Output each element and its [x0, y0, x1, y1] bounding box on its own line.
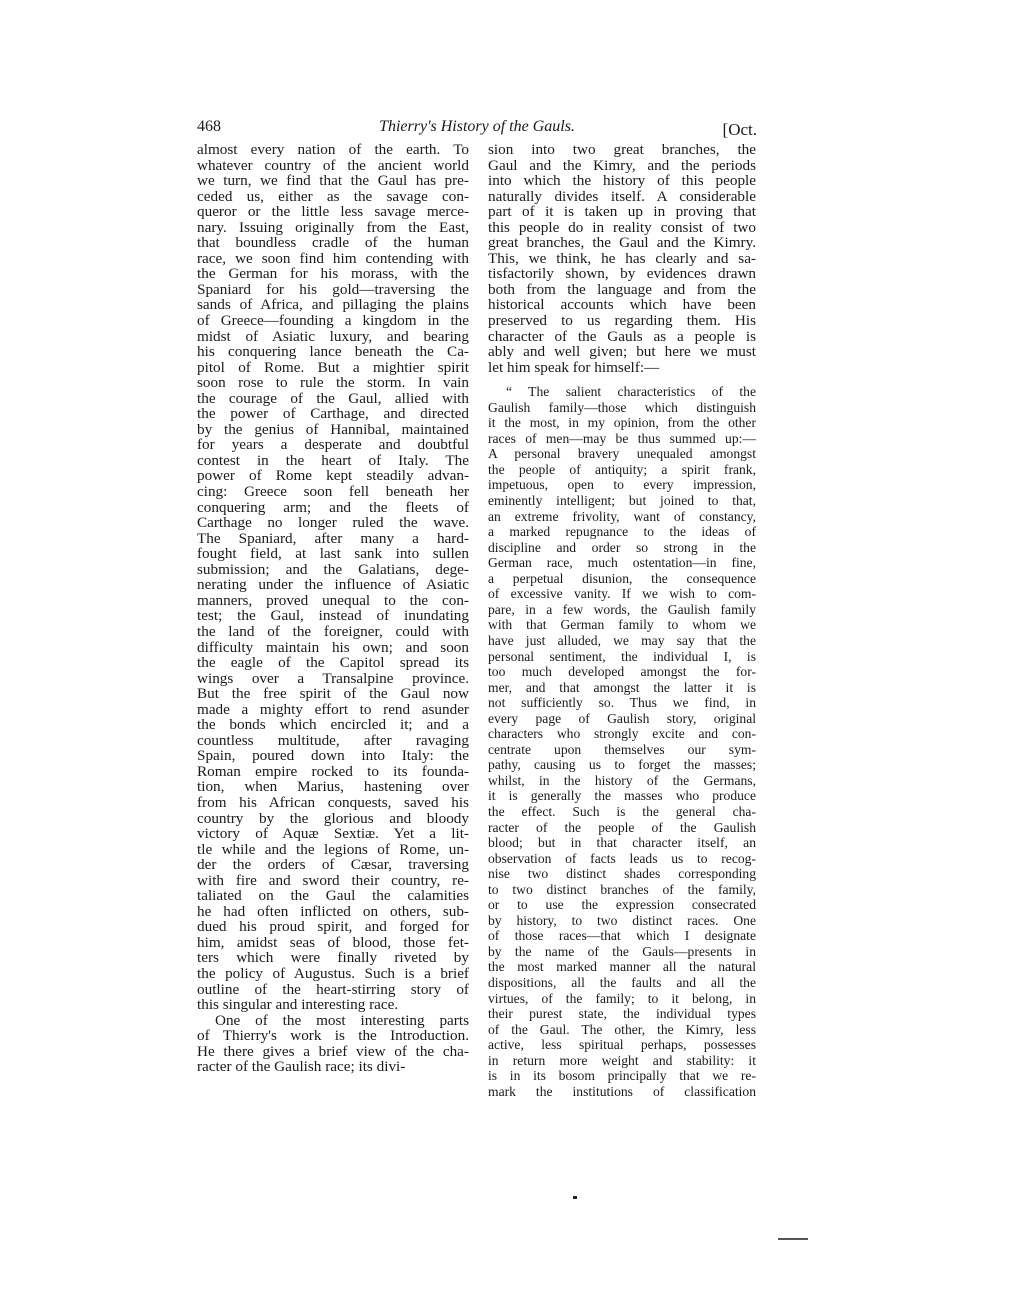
text-line: virtues, of the family; to it belong, in: [488, 991, 756, 1007]
ink-rule-mark: [778, 1238, 808, 1240]
text-line: tisfactorily shown, by evidences drawn: [488, 266, 756, 282]
text-line: part of it is taken up in proving that: [488, 204, 756, 220]
text-line: an extreme frivolity, want of constancy,: [488, 509, 756, 525]
text-line: the bonds which encircled it; and a: [197, 717, 469, 733]
text-line: He there gives a brief view of the cha-: [197, 1044, 469, 1060]
text-line: Spain, poured down into Italy: the: [197, 748, 469, 764]
text-line: it the most, in my opinion, from the oth…: [488, 415, 756, 431]
text-line: ters which were finally riveted by: [197, 950, 469, 966]
text-line: ably and well given; but here we must: [488, 344, 756, 360]
text-line: active, less spiritual perhaps, possesse…: [488, 1037, 756, 1053]
text-line: almost every nation of the earth. To: [197, 142, 469, 158]
text-line: dispositions, all the faults and all the: [488, 975, 756, 991]
text-line: tle while and the legions of Rome, un-: [197, 842, 469, 858]
text-line: made a mighty effort to rend asunder: [197, 702, 469, 718]
text-line: sands of Africa, and pillaging the plain…: [197, 297, 469, 313]
text-line: observation of facts leads us to recog-: [488, 851, 756, 867]
text-line: races of men—may be thus summed up:—: [488, 431, 756, 447]
text-line: conquering arm; and the fleets of: [197, 500, 469, 516]
text-line: soon rose to rule the storm. In vain: [197, 375, 469, 391]
text-line: of those races—that which I designate: [488, 928, 756, 944]
issue-month: [Oct.: [723, 120, 757, 140]
text-line: victory of Aquæ Sextiæ. Yet a lit-: [197, 826, 469, 842]
text-line: the land of the foreigner, could with: [197, 624, 469, 640]
left-column: almost every nation of the earth. Towhat…: [197, 142, 469, 1075]
text-line: by history, to two distinct races. One: [488, 913, 756, 929]
text-line: historical accounts which have been: [488, 297, 756, 313]
text-line: by the name of the Gauls—presents in: [488, 944, 756, 960]
text-line: country by the glorious and bloody: [197, 811, 469, 827]
page-header: 468 Thierry's History of the Gauls. [Oct…: [197, 118, 757, 140]
text-line: with that German family to whom we: [488, 617, 756, 633]
text-line: wings over a Transalpine province.: [197, 671, 469, 687]
text-line: every page of Gaulish story, original: [488, 711, 756, 727]
text-line: whatever country of the ancient world: [197, 158, 469, 174]
text-line: power of Rome kept steadily advan-: [197, 468, 469, 484]
text-line: into which the history of this people: [488, 173, 756, 189]
text-line: ceded us, either as the savage con-: [197, 189, 469, 205]
text-line: whilst, in the history of the Germans,: [488, 773, 756, 789]
text-line: from his African conquests, saved his: [197, 795, 469, 811]
text-line: centrate upon themselves our sym-: [488, 742, 756, 758]
text-line: to two distinct branches of the family,: [488, 882, 756, 898]
text-line: taliated on the Gaul the calamities: [197, 888, 469, 904]
text-line: the policy of Augustus. Such is a brief: [197, 966, 469, 982]
text-line: of Greece—founding a kingdom in the: [197, 313, 469, 329]
text-line: discipline and order so strong in the: [488, 540, 756, 556]
right-column-body: sion into two great branches, theGaul an…: [488, 142, 756, 375]
text-line: “ The salient characteristics of the: [488, 384, 756, 400]
text-line: But the free spirit of the Gaul now: [197, 686, 469, 702]
text-line: Spaniard for his gold—traversing the: [197, 282, 469, 298]
text-line: for years a desperate and doubtful: [197, 437, 469, 453]
text-line: pathy, causing us to forget the masses;: [488, 757, 756, 773]
text-line: of the Gaul. The other, the Kimry, less: [488, 1022, 756, 1038]
text-line: nary. Issuing originally from the East,: [197, 220, 469, 236]
text-line: submission; and the Galatians, dege-: [197, 562, 469, 578]
text-line: This, we think, he has clearly and sa-: [488, 251, 756, 267]
text-line: this people do in reality consist of two: [488, 220, 756, 236]
text-line: A personal bravery unequaled amongst: [488, 446, 756, 462]
text-line: have just alluded, we may say that the: [488, 633, 756, 649]
text-line: racter of the Gaulish race; its divi-: [197, 1059, 469, 1075]
text-line: blood; but in that character itself, an: [488, 835, 756, 851]
text-line: is in its bosom principally that we re-: [488, 1068, 756, 1084]
text-line: difficulty maintain his own; and soon: [197, 640, 469, 656]
ink-speck: [573, 1196, 577, 1199]
text-line: racter of the people of the Gaulish: [488, 820, 756, 836]
text-line: the most marked manner all the natural: [488, 959, 756, 975]
text-line: contest in the heart of Italy. The: [197, 453, 469, 469]
text-line: naturally divides itself. A considerable: [488, 189, 756, 205]
text-line: let him speak for himself:—: [488, 360, 756, 376]
text-line: not sufficiently so. Thus we find, in: [488, 695, 756, 711]
block-quote: “ The salient characteristics of theGaul…: [488, 384, 756, 1099]
quote-gap: [488, 375, 756, 384]
text-line: of Thierry's work is the Introduction.: [197, 1028, 469, 1044]
text-line: fought field, at last sank into sullen: [197, 546, 469, 562]
text-line: tion, when Marius, hastening over: [197, 779, 469, 795]
text-line: countless multitude, after ravaging: [197, 733, 469, 749]
text-line: preserved to us regarding them. His: [488, 313, 756, 329]
text-line: Carthage no longer ruled the wave.: [197, 515, 469, 531]
text-line: pitol of Rome. But a mightier spirit: [197, 360, 469, 376]
text-line: One of the most interesting parts: [197, 1013, 469, 1029]
text-line: pare, in a few words, the Gaulish family: [488, 602, 756, 618]
text-line: the eagle of the Capitol spread its: [197, 655, 469, 671]
text-line: the power of Carthage, and directed: [197, 406, 469, 422]
text-line: queror or the little less savage merce-: [197, 204, 469, 220]
text-line: The Spaniard, after many a hard-: [197, 531, 469, 547]
text-line: of excessive vanity. If we wish to com-: [488, 586, 756, 602]
text-line: both from the language and from the: [488, 282, 756, 298]
text-line: Roman empire rocked to its founda-: [197, 764, 469, 780]
text-line: outline of the heart-stirring story of: [197, 982, 469, 998]
text-line: a marked repugnance to the ideas of: [488, 524, 756, 540]
text-line: German race, much ostentation—in fine,: [488, 555, 756, 571]
text-line: characters who strongly excite and con-: [488, 726, 756, 742]
text-line: too much developed amongst the for-: [488, 664, 756, 680]
text-line: the courage of the Gaul, allied with: [197, 391, 469, 407]
text-line: mer, and that amongst the latter it is: [488, 680, 756, 696]
text-line: cing: Greece soon fell beneath her: [197, 484, 469, 500]
text-line: his conquering lance beneath the Ca-: [197, 344, 469, 360]
text-line: impetuous, open to every impression,: [488, 477, 756, 493]
text-line: der the orders of Cæsar, traversing: [197, 857, 469, 873]
text-line: in return more weight and stability: it: [488, 1053, 756, 1069]
text-line: it is generally the masses who produce: [488, 788, 756, 804]
text-line: character of the Gauls as a people is: [488, 329, 756, 345]
text-line: a perpetual disunion, the consequence: [488, 571, 756, 587]
text-line: nise two distinct shades corresponding: [488, 866, 756, 882]
text-line: sion into two great branches, the: [488, 142, 756, 158]
text-line: the German for his morass, with the: [197, 266, 469, 282]
text-line: nerating under the influence of Asiatic: [197, 577, 469, 593]
text-line: midst of Asiatic luxury, and bearing: [197, 329, 469, 345]
text-line: this singular and interesting race.: [197, 997, 469, 1013]
text-line: with fire and sword their country, re-: [197, 873, 469, 889]
text-line: that boundless cradle of the human: [197, 235, 469, 251]
text-line: we turn, we find that the Gaul has pre-: [197, 173, 469, 189]
text-line: the effect. Such is the general cha-: [488, 804, 756, 820]
text-line: their purest state, the individual types: [488, 1006, 756, 1022]
text-line: manners, proved unequal to the con-: [197, 593, 469, 609]
text-line: the people of antiquity; a spirit frank,: [488, 462, 756, 478]
text-line: race, we soon find him contending with: [197, 251, 469, 267]
text-line: great branches, the Gaul and the Kimry.: [488, 235, 756, 251]
text-line: Gaul and the Kimry, and the periods: [488, 158, 756, 174]
text-line: mark the institutions of classification: [488, 1084, 756, 1100]
text-line: personal sentiment, the individual I, is: [488, 649, 756, 665]
text-line: him, amidst seas of blood, those fet-: [197, 935, 469, 951]
text-line: test; the Gaul, instead of inundating: [197, 608, 469, 624]
text-line: dued his proud spirit, and forged for: [197, 919, 469, 935]
text-line: or to use the expression consecrated: [488, 897, 756, 913]
text-line: by the genius of Hannibal, maintained: [197, 422, 469, 438]
book-page: 468 Thierry's History of the Gauls. [Oct…: [0, 0, 1009, 1304]
text-line: Gaulish family—those which distinguish: [488, 400, 756, 416]
right-column: sion into two great branches, theGaul an…: [488, 142, 756, 1099]
running-title: Thierry's History of the Gauls.: [197, 118, 757, 136]
text-line: he had often inflicted on others, sub-: [197, 904, 469, 920]
text-line: eminently intelligent; but joined to tha…: [488, 493, 756, 509]
